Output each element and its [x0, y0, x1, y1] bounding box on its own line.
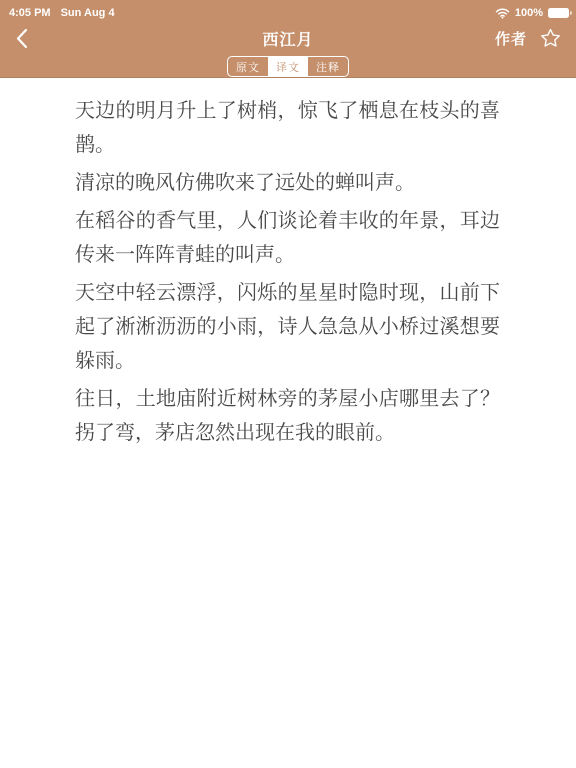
back-button[interactable]	[15, 28, 28, 49]
author-button[interactable]: 作者	[495, 28, 527, 49]
tab-bar: 原文 译文 注释	[227, 56, 349, 77]
app-header: 4:05 PM Sun Aug 4 100%	[0, 0, 576, 78]
nav-right: 作者	[495, 28, 561, 49]
translation-paragraph: 清凉的晚风仿佛吹来了远处的蝉叫声。	[75, 166, 500, 200]
status-time: 4:05 PM	[9, 7, 51, 19]
star-outline-icon	[540, 28, 561, 48]
page-title: 西江月	[262, 27, 313, 50]
tab-annotations[interactable]: 注释	[308, 57, 348, 76]
translation-paragraph: 天边的明月升上了树梢，惊飞了栖息在枝头的喜鹊。	[75, 94, 500, 162]
chevron-left-icon	[15, 28, 28, 49]
status-right: 100%	[495, 7, 569, 19]
battery-percent: 100%	[515, 7, 543, 19]
app-screen: 4:05 PM Sun Aug 4 100%	[0, 0, 576, 768]
status-bar: 4:05 PM Sun Aug 4 100%	[0, 0, 576, 24]
tab-translation[interactable]: 译文	[268, 57, 308, 76]
status-left: 4:05 PM Sun Aug 4	[9, 7, 115, 19]
translation-content: 天边的明月升上了树梢，惊飞了栖息在枝头的喜鹊。 清凉的晚风仿佛吹来了远处的蝉叫声…	[0, 78, 576, 450]
status-date: Sun Aug 4	[61, 7, 115, 19]
tab-original-text[interactable]: 原文	[228, 57, 268, 76]
battery-icon	[548, 8, 569, 18]
nav-bar: 西江月 作者	[0, 24, 576, 52]
wifi-icon	[495, 7, 510, 19]
favorite-button[interactable]	[540, 28, 561, 48]
translation-paragraph: 天空中轻云漂浮，闪烁的星星时隐时现，山前下起了淅淅沥沥的小雨，诗人急急从小桥过溪…	[75, 276, 500, 378]
translation-paragraph: 在稻谷的香气里，人们谈论着丰收的年景，耳边传来一阵阵青蛙的叫声。	[75, 204, 500, 272]
translation-paragraph: 往日，土地庙附近树林旁的茅屋小店哪里去了？拐了弯，茅店忽然出现在我的眼前。	[75, 382, 500, 450]
